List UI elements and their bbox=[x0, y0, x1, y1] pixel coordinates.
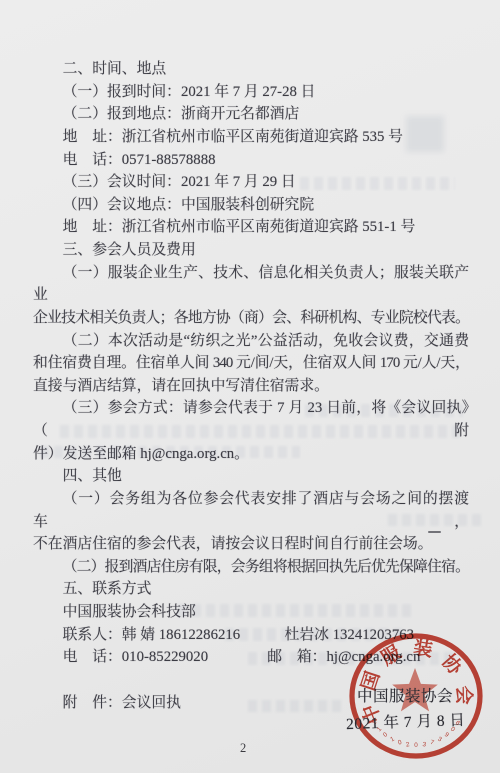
signature-org: 中国服装协会 bbox=[357, 684, 453, 706]
document-line: （一）会务组为各位参会代表安排了酒店与会场之间的摆渡车， bbox=[33, 488, 469, 533]
document-line: 地 址：浙江省杭州市临平区南苑街道迎宾路 535 号 bbox=[33, 126, 469, 149]
seal-arc-char: 装 bbox=[412, 636, 434, 662]
document-line: 和住宿费自理。住宿单人间 340 元/间/天，住宿双人间 170 元/人/天， bbox=[33, 352, 469, 375]
seal-serial-digit: 3 bbox=[422, 741, 427, 749]
seal-serial-digit: 7 bbox=[429, 739, 435, 747]
document-line: 不在酒店住宿的参会代表，请按会议日程时间自行前往会场。 bbox=[33, 533, 469, 556]
document-line: （二）本次活动是“纺织之光”公益活动，免收会议费，交通费 bbox=[33, 330, 469, 353]
document-line: （三）参会方式：请参会代表于 7 月 23 日前，将《会议回执》（附 bbox=[33, 397, 469, 442]
seal-serial-digit: 0 bbox=[397, 739, 403, 747]
seal-serial-digit: 1 bbox=[389, 735, 396, 743]
seal-serial-digit: 0 bbox=[414, 742, 418, 749]
document-line: 地 址：浙江省杭州市临平区南苑街道迎宾路 551-1 号 bbox=[33, 216, 469, 239]
seal-arc-char: 会 bbox=[452, 685, 475, 704]
document-line: 四、其他 bbox=[33, 465, 469, 488]
scanned-page: 二、时间、地点（一）报到时间：2021 年 7 月 27-28 日（二）报到地点… bbox=[0, 0, 500, 773]
stray-mark-dash bbox=[428, 531, 441, 533]
signature-date: 2021 年 7 月 8 日 bbox=[346, 708, 466, 734]
document-line: （二）报到酒店住房有限，会务组将根据回执先后优先保障住宿。 bbox=[33, 556, 469, 579]
document-line: （四）会议地点：中国服装科创研究院 bbox=[33, 194, 469, 217]
seal-serial-digit: 9 bbox=[443, 731, 450, 739]
document-line: 直接与酒店结算，请在回执中写清住宿需求。 bbox=[33, 375, 469, 398]
document-line: （三）会议时间：2021 年 7 月 29 日 bbox=[33, 171, 469, 194]
seal-serial-digit: 3 bbox=[436, 736, 443, 744]
document-line: 件）发送至邮箱 hj@cnga.org.cn。 bbox=[33, 443, 469, 466]
document-line: （一）服装企业生产、技术、信息化相关负责人；服装关联产业 bbox=[33, 262, 469, 307]
document-line: 三、参会人员及费用 bbox=[33, 239, 469, 262]
page-number: 2 bbox=[240, 741, 246, 756]
document-line: 中国服装协会科技部 bbox=[33, 601, 469, 624]
document-line: （一）报到时间：2021 年 7 月 27-28 日 bbox=[33, 81, 469, 104]
document-line: （二）报到地点：浙商开元名都酒店 bbox=[33, 103, 469, 126]
document-line: 企业技术相关负责人；各地方协（商）会、科研机构、专业院校代表。 bbox=[33, 307, 469, 330]
document-line: 电 话：0571-88578888 bbox=[33, 149, 469, 172]
document-line: 五、联系方式 bbox=[33, 578, 469, 601]
document-line: 二、时间、地点 bbox=[33, 58, 469, 81]
document-body: 二、时间、地点（一）报到时间：2021 年 7 月 27-28 日（二）报到地点… bbox=[33, 58, 469, 714]
seal-serial-digit: 2 bbox=[405, 741, 410, 749]
